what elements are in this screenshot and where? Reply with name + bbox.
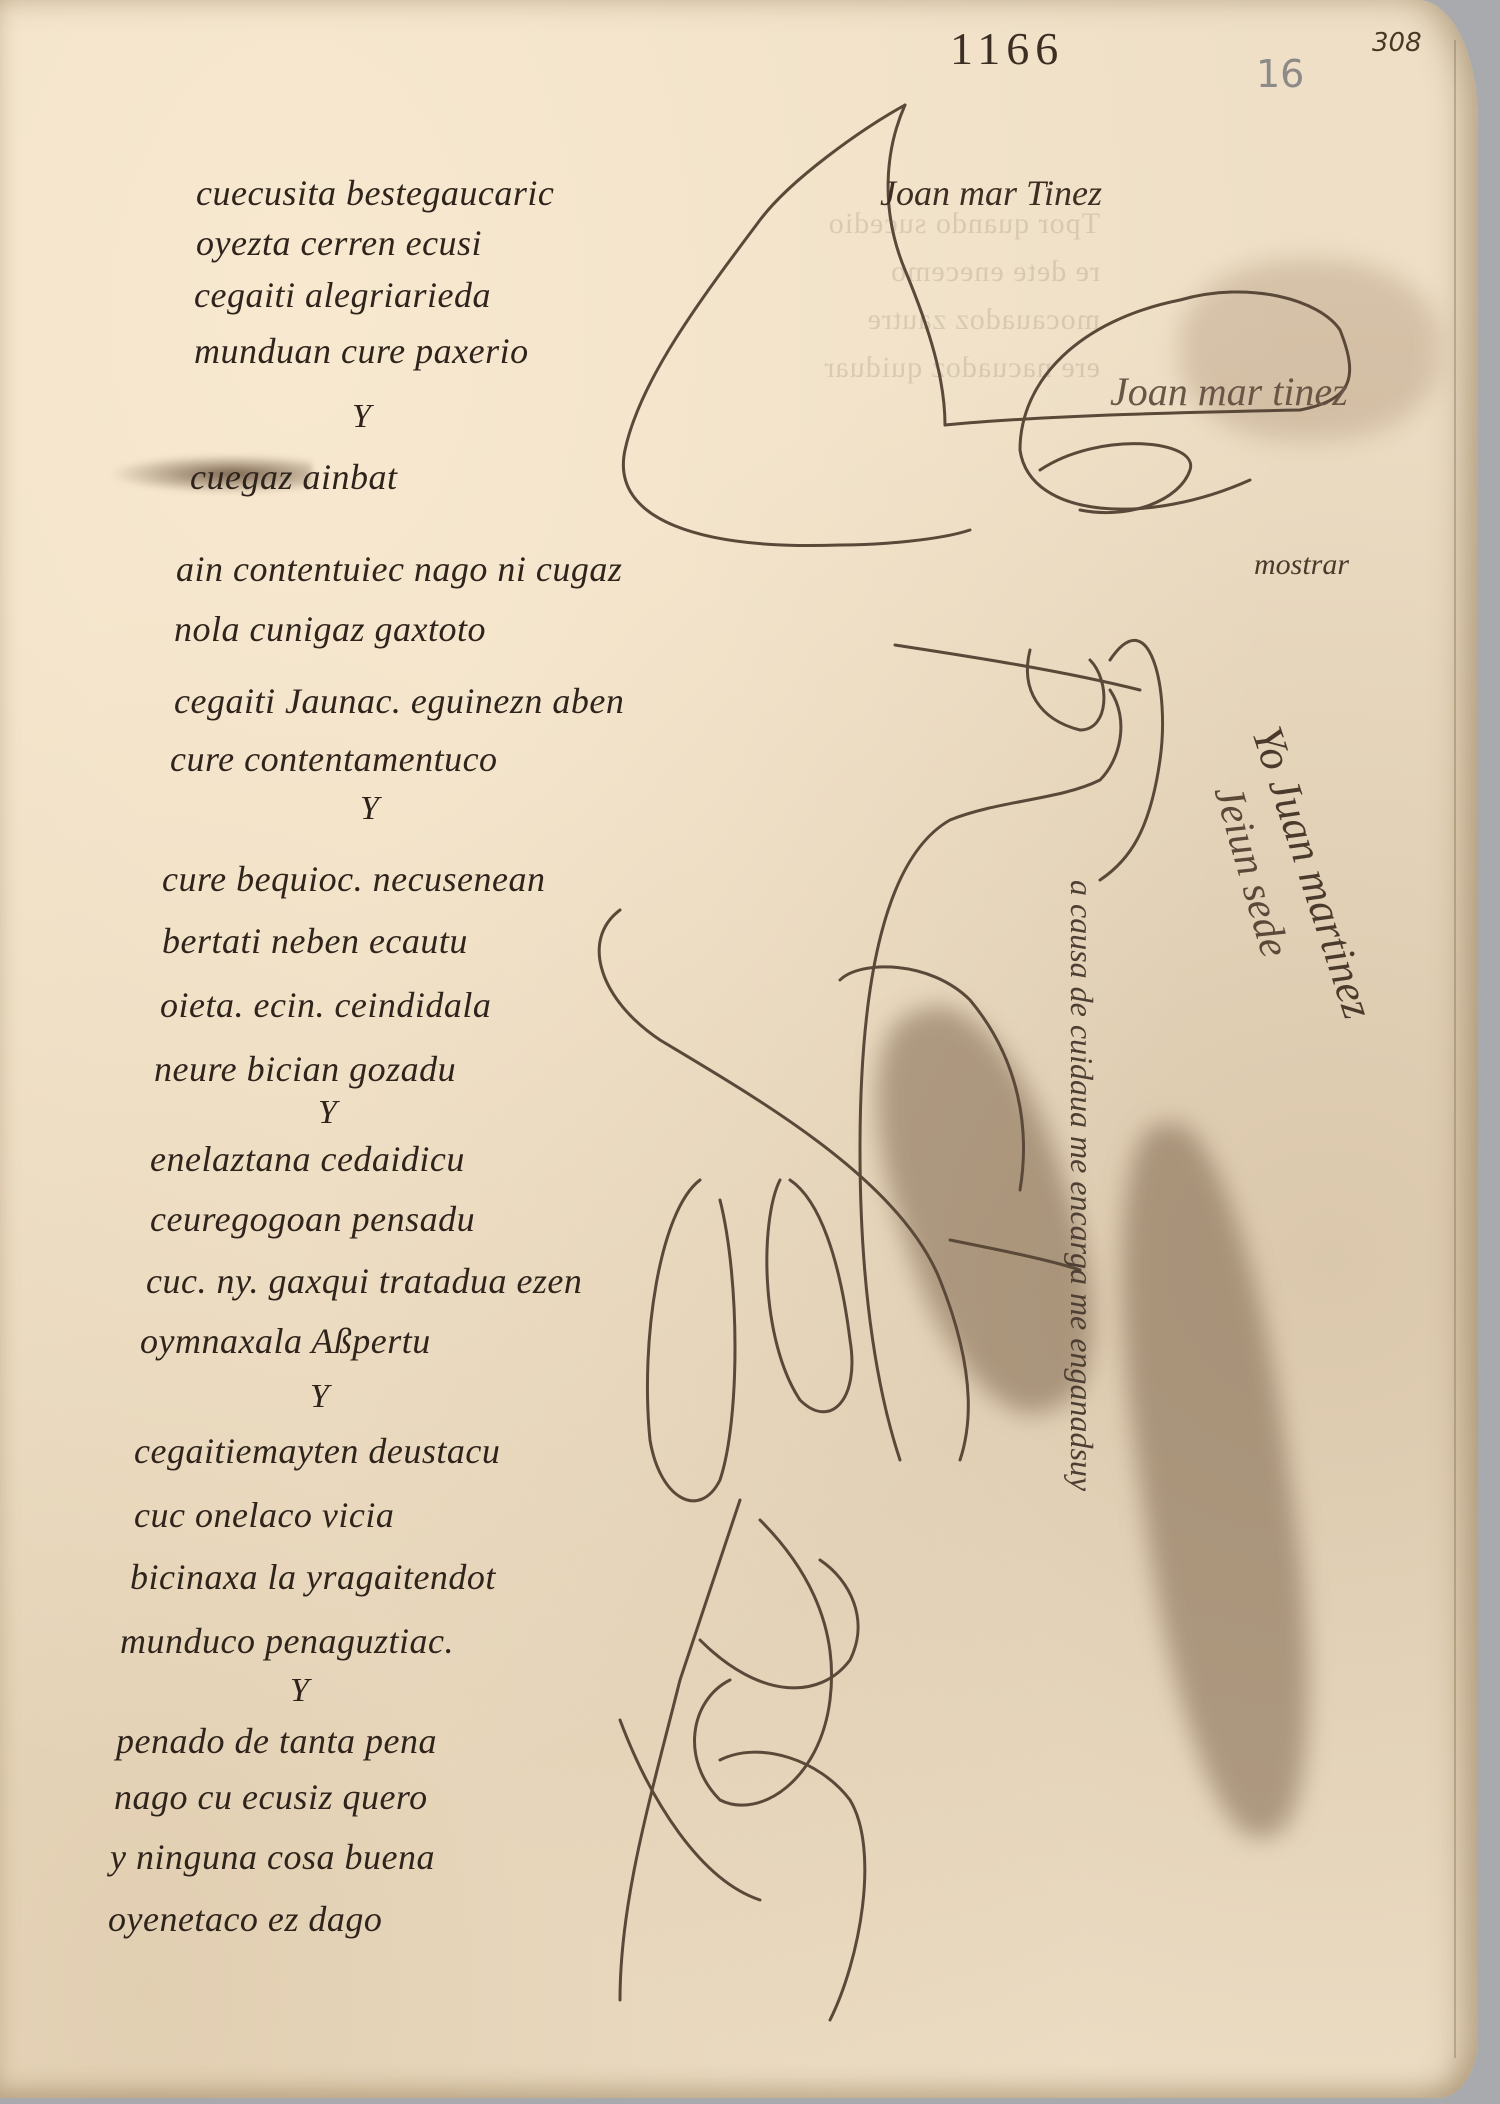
verse-line: y ninguna cosa buena [110, 1836, 435, 1878]
verse-line-struck: cuegaz ainbat [190, 456, 397, 498]
vertical-note-middle: a causa de cuidaua me encarga me enganad… [1063, 880, 1100, 1491]
verse-line: cegaiti Jaunac. eguinezn aben [174, 680, 624, 722]
stanza-separator: Y [310, 1378, 329, 1416]
verse-line: oieta. ecin. ceindidala [160, 984, 491, 1026]
stanza-separator: Y [318, 1094, 337, 1132]
verse-line: ain contentuiec nago ni cugaz [176, 548, 622, 590]
verse-line: cuecusita bestegaucaric [196, 172, 554, 214]
marginal-word: mostrar [1254, 548, 1349, 582]
verse-line: oyezta cerren ecusi [196, 222, 482, 264]
verse-line: neure bician gozadu [154, 1048, 456, 1090]
verse-line: penado de tanta pena [116, 1720, 437, 1762]
stanza-separator: Y [290, 1672, 309, 1710]
verse-line: cuc. ny. gaxqui tratadua ezen [146, 1260, 582, 1302]
verse-line: munduan cure paxerio [194, 330, 529, 372]
verse-line: oymnaxala Aßpertu [140, 1320, 431, 1362]
verse-line: bicinaxa la yragaitendot [130, 1556, 496, 1598]
verse-line: cuc onelaco vicia [134, 1494, 394, 1536]
verse-line: nola cunigaz gaxtoto [174, 608, 486, 650]
verse-line: ceuregogoan pensadu [150, 1198, 475, 1240]
verse-line: cure contentamentuco [170, 738, 498, 780]
signature-joan-martinez: Joan mar Tinez [880, 172, 1102, 214]
verse-line: oyenetaco ez dago [108, 1898, 382, 1940]
verse-line: cure bequioc. necusenean [162, 858, 546, 900]
verse-line: nago cu ecusiz quero [114, 1776, 428, 1818]
verse-line: bertati neben ecautu [162, 920, 468, 962]
manuscript-page: Tpor quando sucedio re dete enecemo moca… [0, 0, 1478, 2098]
stanza-separator: Y [360, 790, 379, 828]
verse-line: cegaiti alegriarieda [194, 274, 491, 316]
verse-line: cegaitiemayten deustacu [134, 1430, 500, 1472]
stanza-separator: Y [352, 398, 371, 436]
signature-faded: Joan mar tinez [1110, 368, 1348, 415]
verse-line: enelaztana cedaidicu [150, 1138, 465, 1180]
verse-line: munduco penaguztiac. [120, 1620, 454, 1662]
